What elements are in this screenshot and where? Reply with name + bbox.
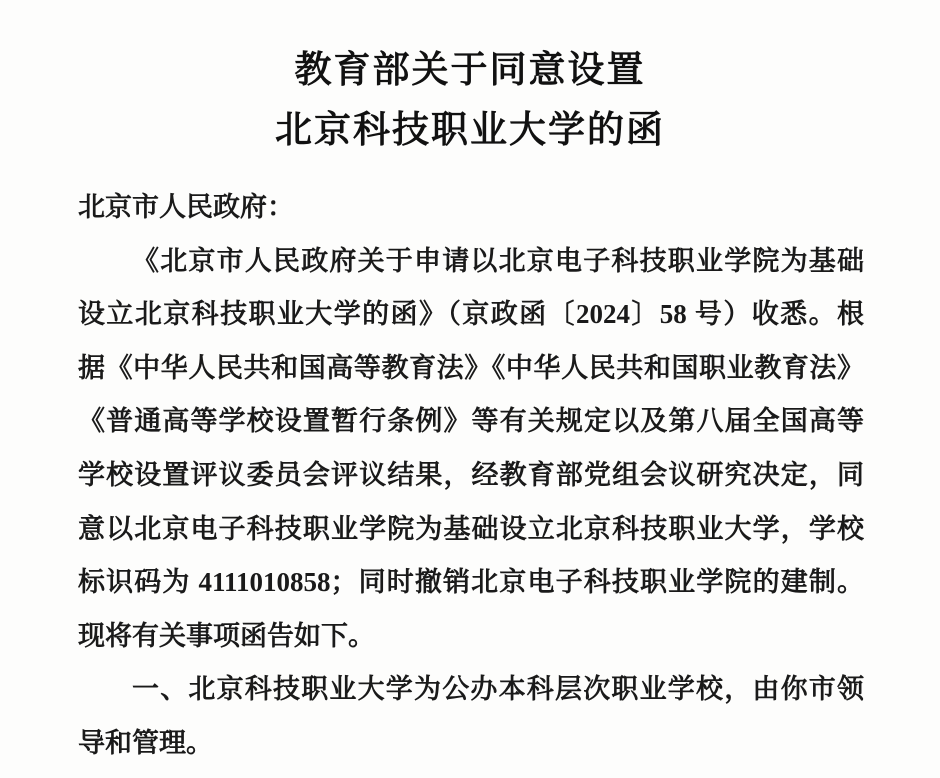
body-line: 学校设置评议委员会评议结果，经教育部党组会议研究决定，同 <box>78 449 864 503</box>
body-line: 《北京市人民政府关于申请以北京电子科技职业学院为基础 <box>78 235 864 289</box>
body-line: 《普通高等学校设置暂行条例》等有关规定以及第八届全国高等 <box>78 395 864 449</box>
title-line-1: 教育部关于同意设置 <box>0 41 940 101</box>
document-title: 教育部关于同意设置 北京科技职业大学的函 <box>0 41 940 161</box>
document-page: 教育部关于同意设置 北京科技职业大学的函 北京市人民政府：《北京市人民政府关于申… <box>0 0 940 778</box>
body-line: 标识码为 4111010858；同时撤销北京电子科技职业学院的建制。 <box>78 556 864 610</box>
document-body: 北京市人民政府：《北京市人民政府关于申请以北京电子科技职业学院为基础设立北京科技… <box>78 181 864 771</box>
body-line: 据《中华人民共和国高等教育法》《中华人民共和国职业教育法》 <box>78 342 864 396</box>
body-line: 设立北京科技职业大学的函》（京政函〔2024〕58 号）收悉。根 <box>78 288 864 342</box>
body-line: 意以北京电子科技职业学院为基础设立北京科技职业大学，学校 <box>78 503 864 557</box>
body-line: 一、北京科技职业大学为公办本科层次职业学校，由你市领 <box>78 663 864 717</box>
body-line: 北京市人民政府： <box>78 181 864 235</box>
title-line-2: 北京科技职业大学的函 <box>0 101 940 161</box>
body-line: 现将有关事项函告如下。 <box>78 610 864 664</box>
body-line: 导和管理。 <box>78 717 864 771</box>
